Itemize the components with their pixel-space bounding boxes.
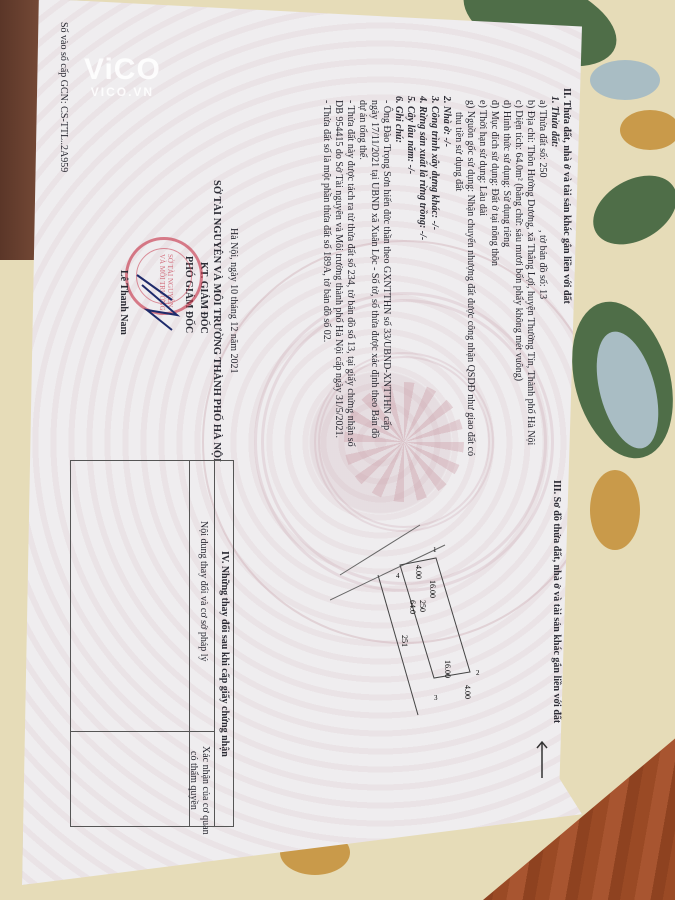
note-3: - Thửa đất số là một phần thửa đất số 18… [320,100,332,342]
section-iv-title: IV. Những thay đổi sau khi cấp giấy chứn… [218,551,230,757]
house: 2. Nhà ở: -/- [440,96,452,147]
area: c) Diện tích: 64.0m² (bằng chữ: sáu mươi… [512,100,524,381]
changes-table-header: IV. Những thay đổi sau khi cấp giấy chứn… [214,461,233,826]
origin: g) Nguồn gốc sử dụng: Nhận chuyển nhượng… [464,100,476,456]
petal-pattern [620,110,675,150]
dim-top: 16.00 [428,580,437,598]
place-date: Hà Nội, ngày 10 tháng 12 năm 2021 [227,228,239,374]
vertex-3: 3 [434,694,438,702]
note-2: - Thửa đất này được tách ra từ thửa đất … [344,100,356,447]
col-confirm-1: Xác nhận của cơ quan [199,746,211,835]
note-1-cont: ngày 17/11/2021 tại UBND xã Xuân Lộc - S… [368,100,380,438]
col-confirm-2: có thẩm quyền [187,751,199,810]
leaf-pattern [590,60,660,100]
parcel-number-label: 250 [418,600,427,612]
petal-pattern [590,470,640,550]
parcel-label: 1. Thửa đất: [548,96,560,147]
changes-table: IV. Những thay đổi sau khi cấp giấy chứn… [70,460,234,827]
perennial: 5. Cây lâu năm: -/- [404,96,416,174]
use-form: d) Hình thức sử dụng: Sử dụng riêng [500,100,512,247]
dim-bottom: 16.00 [443,660,452,678]
signature-mark [132,270,182,340]
purpose: đ) Mục đích sử dụng: Đất ở tại nông thôn [488,100,500,266]
dim-right: 4.00 [463,685,472,699]
dim-left: 4.00 [414,565,423,579]
vico-site: VICO.VN [84,85,161,99]
note-1-cont2: dự án tổng thể. [356,100,368,160]
construction: 3. Công trình xây dựng khác: -/- [428,96,440,230]
notes-label: 6. Ghi chú: [392,96,404,143]
vico-watermark: ViCO VICO.VN [84,55,161,99]
table-divider [71,731,215,732]
address: b) Địa chỉ: Thôn Hướng Dương, xã Thắng L… [524,100,536,445]
registry-number: Số vào sổ cấp GCN: CS-TTL..2A959 [57,22,69,172]
vico-logo: ViCO [84,55,161,85]
signer-name: Lê Thanh Nam [117,270,129,335]
vertex-1: 1 [433,546,437,554]
note-1: - Ông Đào Trọng Sơn hiến đức thần theo G… [380,100,392,430]
section-iii-title: III. Sơ đồ thửa đất, nhà ở và tài sản kh… [550,480,562,723]
vertex-2: 2 [476,669,480,677]
term: e) Thời hạn sử dụng: Lâu dài [476,100,488,216]
certificate-page: Số vào sổ cấp GCN: CS-TTL..2A959 II. Thử… [22,0,582,885]
forest: 4. Rừng sản xuất là rừng trồng: -/- [416,96,428,240]
parcel-number: a) Thửa đất số: 250 [536,100,548,177]
note-2-cont: DB 954415 do Sở Tài nguyên và Môi trường… [332,100,344,438]
north-arrow-icon [527,740,557,780]
issuing-agency: SỞ TÀI NGUYÊN VÀ MÔI TRƯỜNG THÀNH PHỐ HÀ… [210,180,222,462]
leaf-pattern [581,162,675,259]
parcel-diagram: 16.00 4.00 250 64.0 16.00 251 4.00 1 2 3… [330,520,530,750]
col-change-content: Nội dung thay đổi và cơ sở pháp lý [197,521,209,662]
map-sheet: , tờ bản đồ số: 13 [536,230,548,299]
origin-cont: thu tiền sử dụng đất [452,112,464,191]
vertex-4: 4 [396,572,400,580]
section-ii-title: II. Thửa đất, nhà ở và tài sản khác gắn … [560,88,572,304]
parcel-area-label: 64.0 [408,600,417,614]
changes-table-columns: Nội dung thay đổi và cơ sở pháp lý Xác n… [189,461,215,826]
neighbor-parcel-label: 251 [400,635,409,647]
